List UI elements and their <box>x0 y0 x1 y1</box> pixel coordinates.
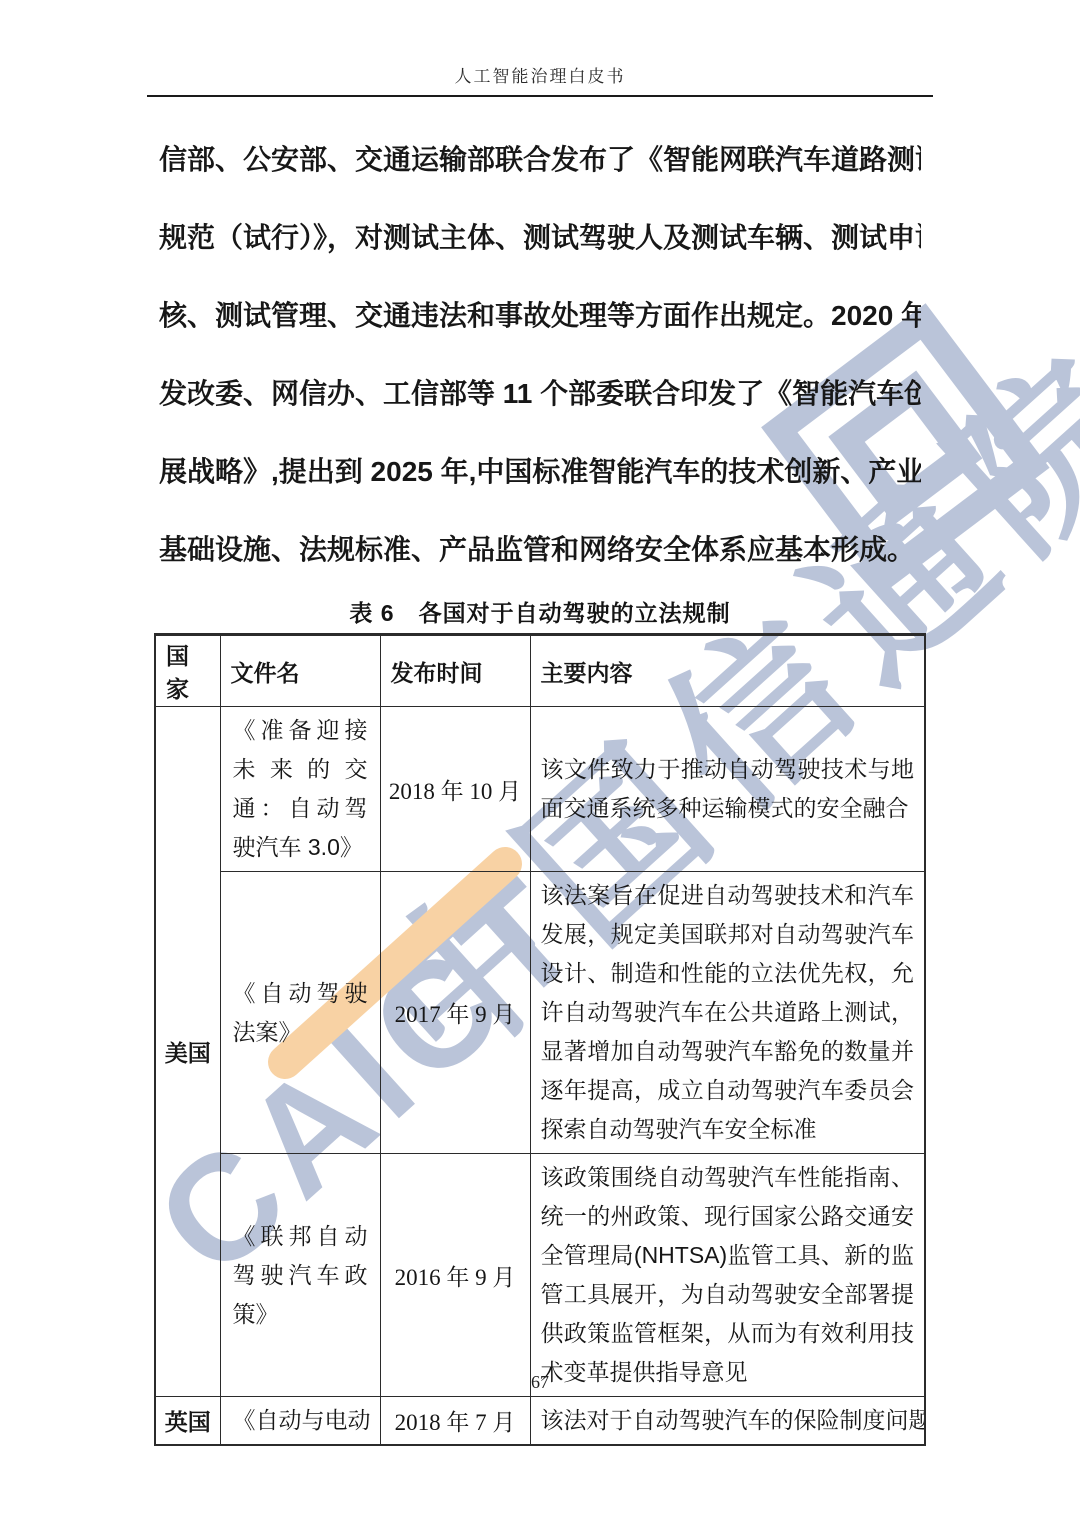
page: 人工智能治理白皮书 信部、公安部、交通运输部联合发布了《智能网联汽车道路测试管理… <box>0 0 1080 1446</box>
table-caption: 表 6 各国对于自动驾驶的立法规制 <box>155 595 925 631</box>
content-cell: 该法案旨在促进自动驾驶技术和汽车发展，规定美国联邦对自动驾驶汽车设计、制造和性能… <box>530 872 925 1154</box>
document-cell: 《自动与电动 <box>220 1397 380 1446</box>
col-content: 主要内容 <box>530 635 925 707</box>
date-cell: 2018 年 7 月 <box>380 1397 530 1446</box>
document-cell: 《自动驾驶法案》 <box>220 872 380 1154</box>
content-cell: 该政策围绕自动驾驶汽车性能指南、统一的州政策、现行国家公路交通安全管理局(NHT… <box>530 1154 925 1397</box>
date-cell: 2016 年 9 月 <box>380 1154 530 1397</box>
para-line: 规范（试行）》，对测试主体、测试驾驶人及测试车辆、测试申请及审 <box>159 199 921 277</box>
para-line: 基础设施、法规标准、产品监管和网络安全体系应基本形成。 <box>159 511 921 589</box>
date-cell: 2017 年 9 月 <box>380 872 530 1154</box>
document-cell: 《准备迎接未来的交通：自动驾驶汽车 3.0》 <box>220 707 380 872</box>
table-row: 《自动驾驶法案》 2017 年 9 月 该法案旨在促进自动驾驶技术和汽车发展，规… <box>155 872 925 1154</box>
content-cell: 该文件致力于推动自动驾驶技术与地面交通系统多种运输模式的安全融合 <box>530 707 925 872</box>
document-cell: 《联邦自动驾驶汽车政策》 <box>220 1154 380 1397</box>
para-line: 发改委、网信办、工信部等 11 个部委联合印发了《智能汽车创新发 <box>159 355 921 433</box>
col-date: 发布时间 <box>380 635 530 707</box>
table-row: 美国 《准备迎接未来的交通：自动驾驶汽车 3.0》 2018 年 10 月 该文… <box>155 707 925 872</box>
para-line: 展战略》,提出到 2025 年,中国标准智能汽车的技术创新、产业生态、 <box>159 433 921 511</box>
page-number: 67 <box>0 1372 1080 1393</box>
date-cell: 2018 年 10 月 <box>380 707 530 872</box>
table-header-row: 国家 文件名 发布时间 主要内容 <box>155 635 925 707</box>
col-country: 国家 <box>155 635 220 707</box>
col-document: 文件名 <box>220 635 380 707</box>
body-paragraph: 信部、公安部、交通运输部联合发布了《智能网联汽车道路测试管理 规范（试行）》，对… <box>159 97 921 589</box>
table-row: 《联邦自动驾驶汽车政策》 2016 年 9 月 该政策围绕自动驾驶汽车性能指南、… <box>155 1154 925 1397</box>
legislation-table: 国家 文件名 发布时间 主要内容 美国 《准备迎接未来的交通：自动驾驶汽车 3.… <box>154 633 926 1446</box>
country-cell: 英国 <box>155 1397 220 1446</box>
page-header-title: 人工智能治理白皮书 <box>148 0 932 87</box>
country-cell: 美国 <box>155 707 220 1397</box>
table-row: 英国 《自动与电动 2018 年 7 月 该法对于自动驾驶汽车的保险制度问题 <box>155 1397 925 1446</box>
para-line: 核、测试管理、交通违法和事故处理等方面作出规定。2020 年 2 月， <box>159 277 921 355</box>
para-line: 信部、公安部、交通运输部联合发布了《智能网联汽车道路测试管理 <box>159 121 921 199</box>
content-cell: 该法对于自动驾驶汽车的保险制度问题 <box>530 1397 925 1446</box>
